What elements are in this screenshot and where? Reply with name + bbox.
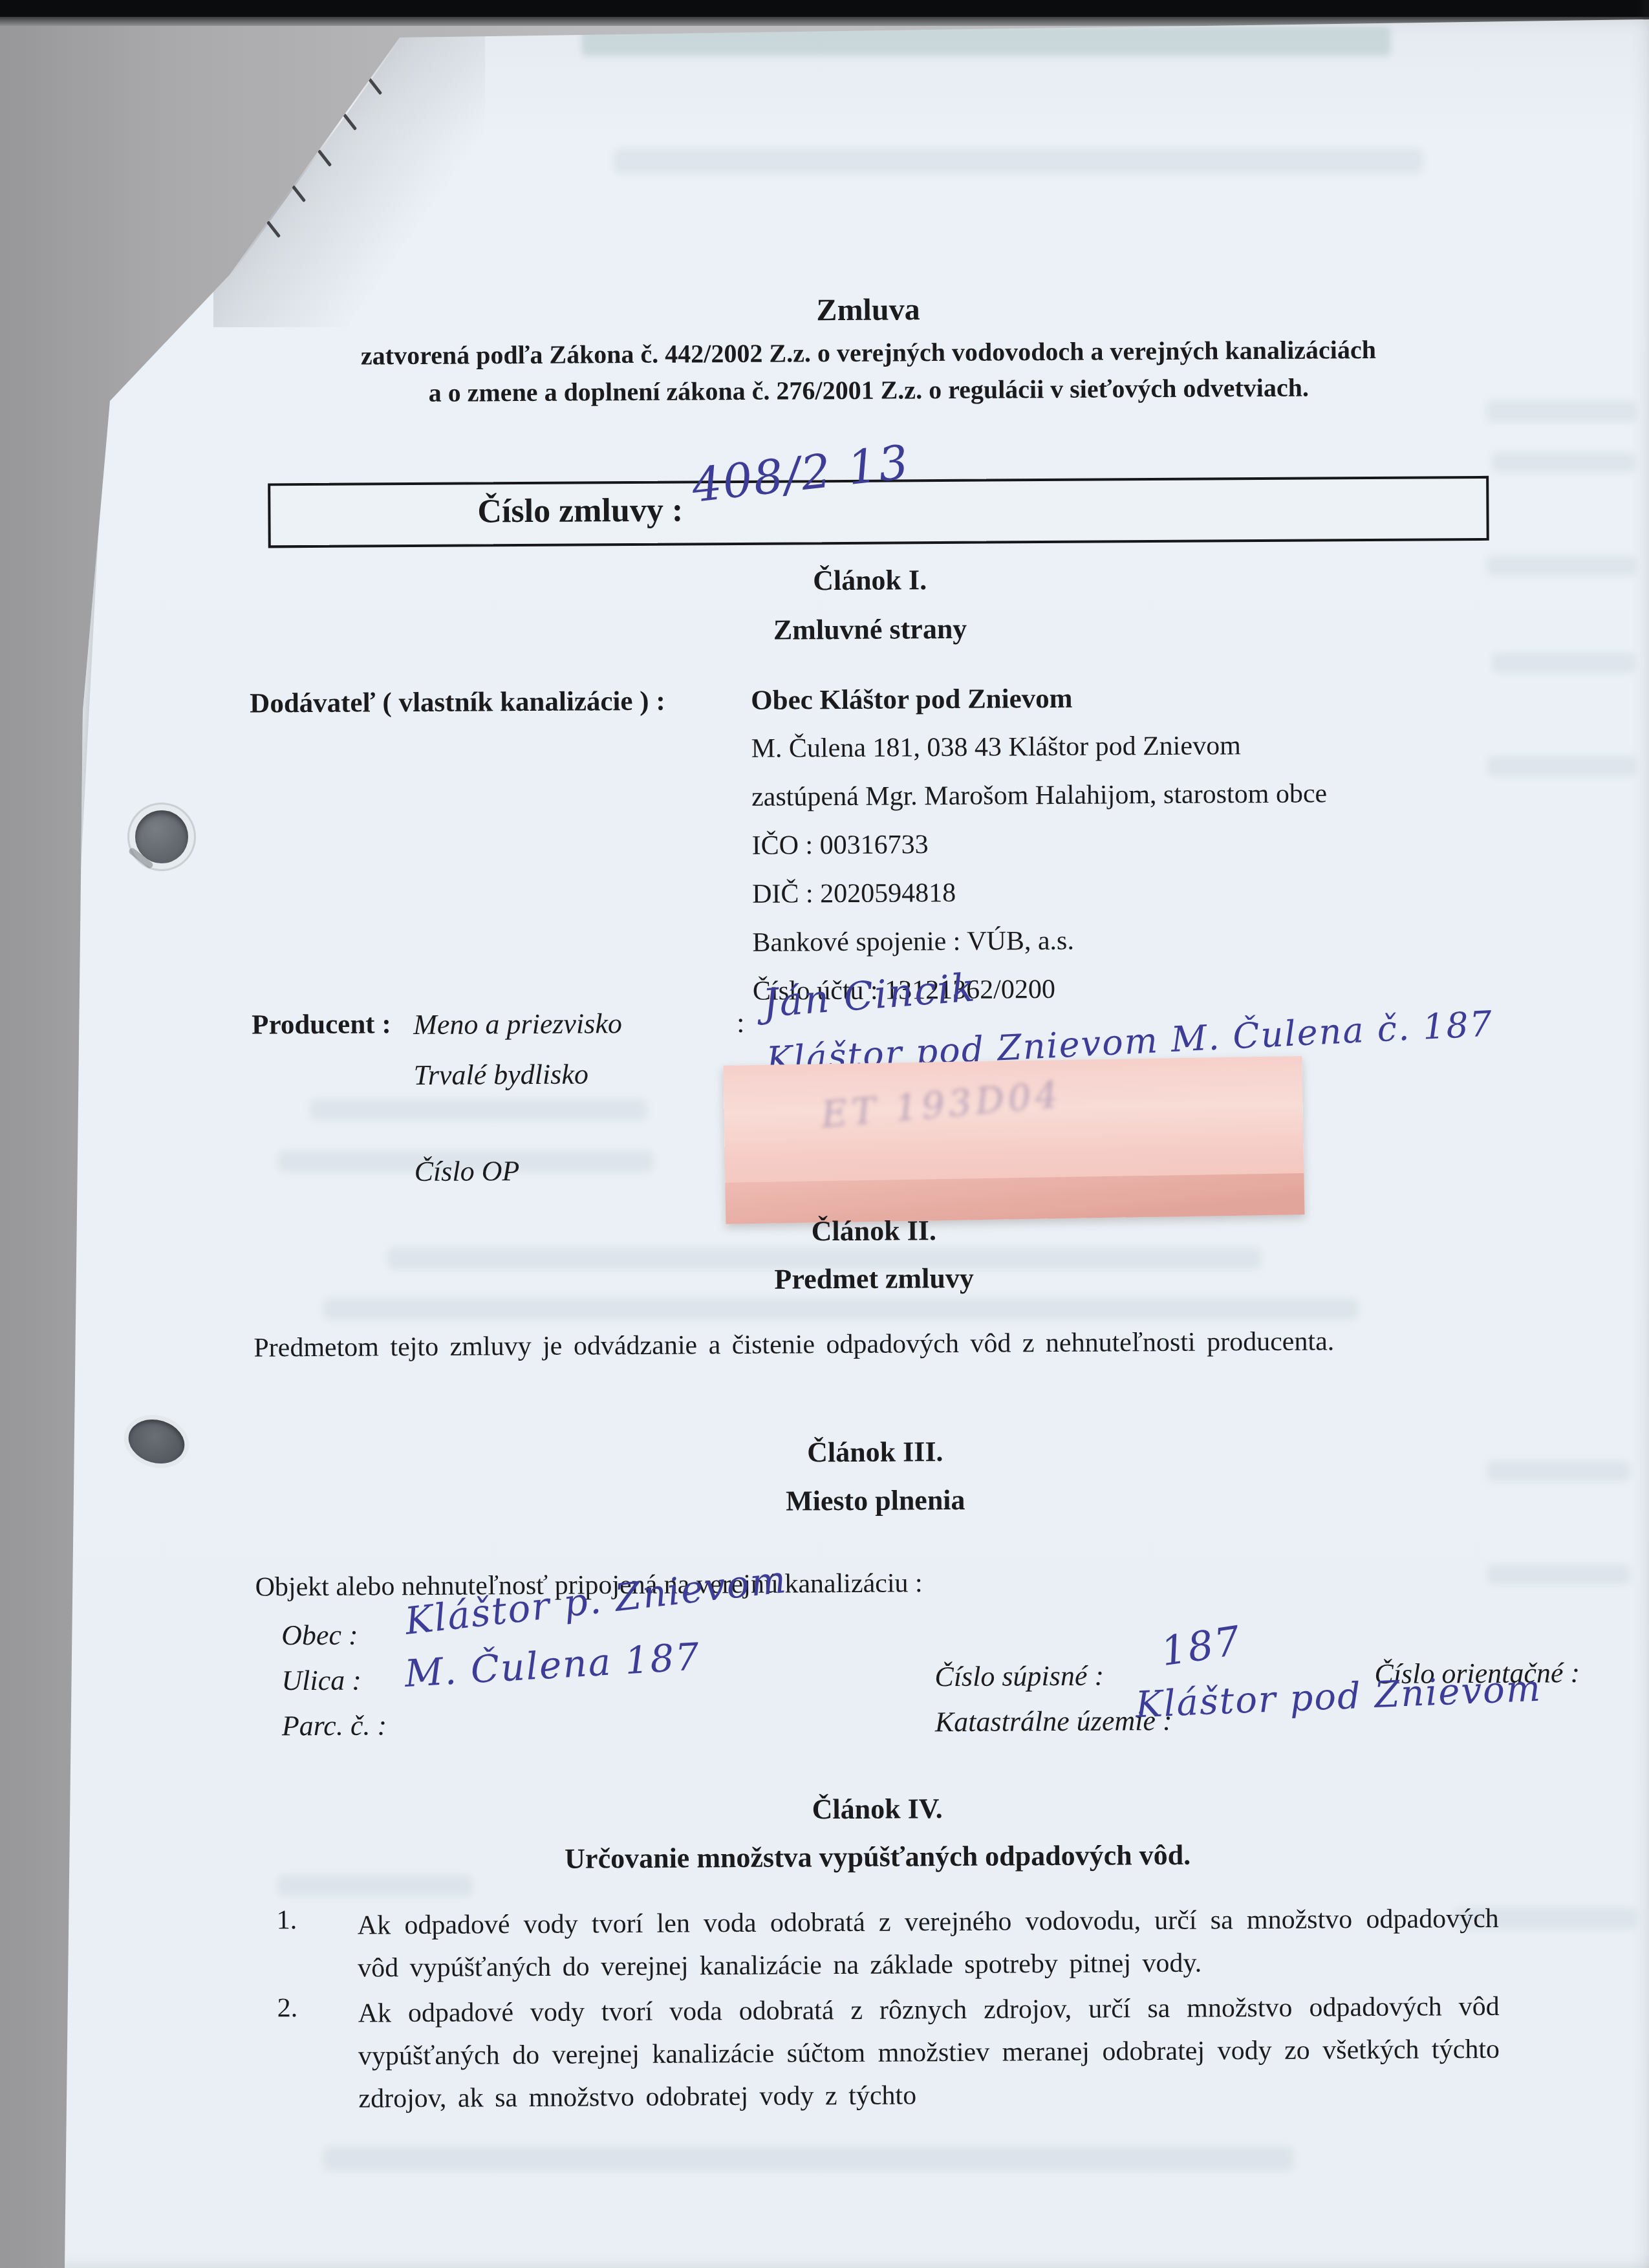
article2-subheading: Predmet zmluvy (253, 1258, 1495, 1299)
supplier-ico: IČO : 00316733 (751, 829, 928, 861)
ulica-handwritten: M. Čulena 187 (404, 1634, 702, 1696)
article2-heading: Článok II. (253, 1211, 1494, 1251)
producer-label: Producent : (252, 1008, 391, 1041)
document-subtitle-2: a o zmene a doplnení zákona č. 276/2001 … (248, 371, 1489, 409)
document-content: Zmluva zatvorená podľa Zákona č. 442/200… (0, 0, 1649, 2268)
supplier-label: Dodávateľ ( vlastník kanalizácie ) : (250, 686, 665, 720)
pink-sticker-overlay: ET 193D04 (723, 1056, 1304, 1224)
cislo-supisne-handwritten: 187 (1158, 1617, 1245, 1675)
katastralne-handwritten: Kláštor pod Znievom (1135, 1667, 1542, 1726)
scanned-page: Zmluva zatvorená podľa Zákona č. 442/200… (0, 0, 1649, 2268)
article3-heading: Článok III. (254, 1432, 1496, 1473)
supplier-dic: DIČ : 2020594818 (752, 878, 956, 910)
ulica-label: Ulica : (281, 1664, 361, 1698)
supplier-name: Obec Kláštor pod Znievom (751, 683, 1073, 717)
obec-label: Obec : (281, 1619, 358, 1652)
article4-subheading: Určovanie množstva vypúšťaných odpadovýc… (257, 1837, 1498, 1877)
document-subtitle-1: zatvorená podľa Zákona č. 442/2002 Z.z. … (215, 334, 1522, 372)
list-item-2-number: 2. (277, 1993, 297, 2024)
article4-heading: Článok IV. (257, 1789, 1498, 1830)
supplier-bank: Bankové spojenie : VÚB, a.s. (752, 925, 1074, 958)
article1-subheading: Zmluvné strany (249, 609, 1491, 650)
producer-name-label: Meno a priezvisko (413, 1007, 622, 1041)
list-item-2-text: Ak odpadové vody tvorí voda odobratá z r… (358, 1985, 1500, 2121)
producer-id-faint-handwriting: ET 193D04 (819, 1074, 1063, 1136)
list-item-1-number: 1. (277, 1905, 297, 1936)
scanner-top-bar (0, 0, 1649, 17)
article2-body: Predmetom tejto zmluvy je odvádzanie a č… (253, 1319, 1495, 1370)
document-title: Zmluva (247, 288, 1489, 332)
article1-heading: Článok I. (249, 560, 1491, 601)
article3-subheading: Miesto plnenia (255, 1480, 1496, 1521)
list-item-1-text: Ak odpadové vody tvorí len voda odobratá… (358, 1897, 1500, 1990)
contract-number-label: Číslo zmluvy : (477, 491, 683, 530)
supplier-address: M. Čulena 181, 038 43 Kláštor pod Znievo… (751, 730, 1241, 764)
parc-label: Parc. č. : (282, 1709, 387, 1742)
producer-residence-label: Trvalé bydlisko (414, 1057, 588, 1092)
producer-name-colon: : (737, 1006, 745, 1039)
cislo-supisne-label: Číslo súpisné : (934, 1659, 1104, 1694)
supplier-represented: zastúpená Mgr. Marošom Halahijom, staros… (751, 778, 1327, 812)
producer-name-handwritten: Ján Cincik (761, 965, 978, 1026)
producer-id-label: Číslo OP (415, 1154, 520, 1188)
